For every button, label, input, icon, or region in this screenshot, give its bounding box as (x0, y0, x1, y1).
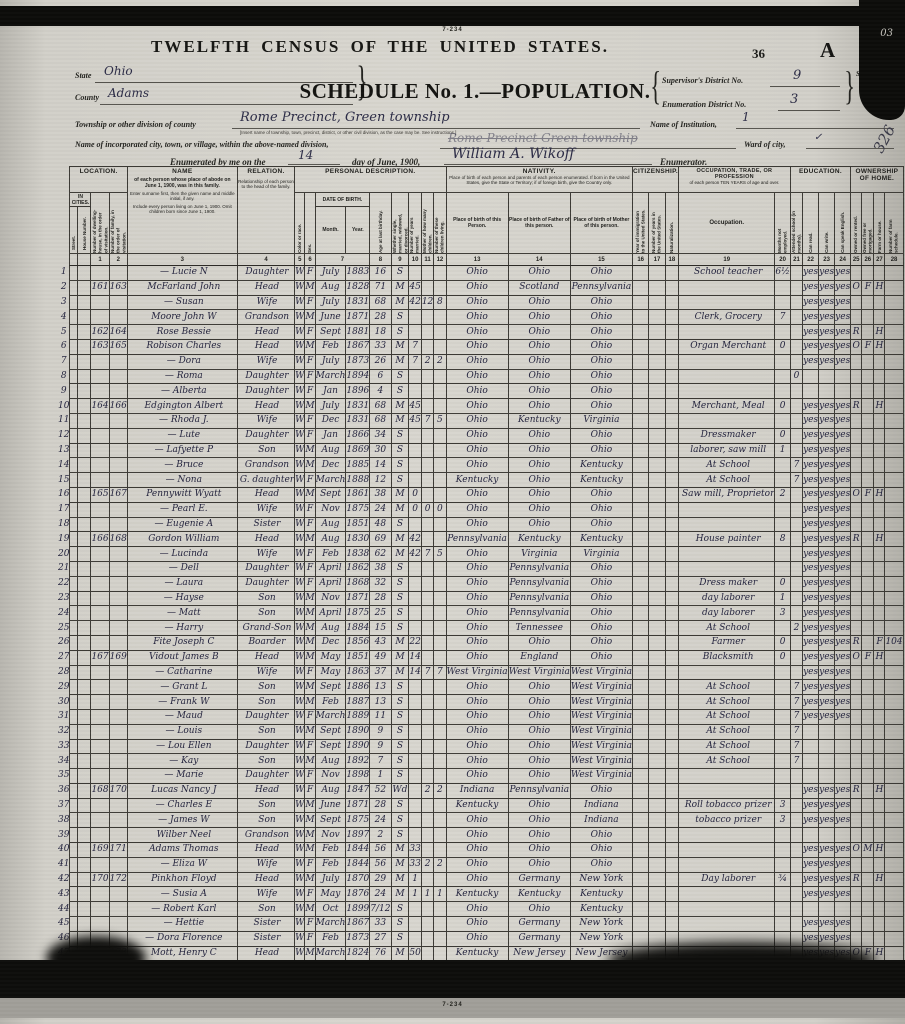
cell-fm (862, 783, 874, 798)
cell-fm (862, 502, 874, 517)
cell-mo (421, 280, 433, 295)
cell-wr (819, 369, 835, 384)
cell-rd (803, 828, 819, 843)
cell-occ (679, 902, 775, 917)
cell-fh: H (874, 532, 885, 547)
cell-fa (109, 695, 127, 710)
cell-sch (790, 399, 802, 414)
cell-rd (803, 902, 819, 917)
cell-name: — Hayse (127, 591, 237, 606)
row-number-column-header (58, 167, 70, 266)
table-row: 22— LauraDaughterWFApril186832SOhioPenns… (58, 576, 903, 591)
cell-rd: yes (803, 502, 819, 517)
cell-en: yes (835, 532, 851, 547)
cell-age: 43 (370, 635, 391, 650)
cell-yi (633, 665, 649, 680)
cell-nat (665, 384, 678, 399)
table-row: 7— DoraWifeWFJuly187326M722OhioOhioOhioy… (58, 354, 903, 369)
cell-en: yes (835, 487, 851, 502)
cell-ym (409, 591, 421, 606)
cell-fs (885, 310, 903, 325)
cell-cl (434, 769, 446, 784)
cell-pob: Ohio (446, 724, 508, 739)
cell-wr: yes (819, 606, 835, 621)
cell-age: 30 (370, 443, 391, 458)
cell-en: yes (835, 458, 851, 473)
cell-pf: Pennsylvania (508, 591, 570, 606)
column-number: 27 (874, 254, 885, 266)
cell-wr: yes (819, 857, 835, 872)
cell-name: — Harry (127, 621, 237, 636)
cell-mne (775, 709, 790, 724)
cell-occ: At School (679, 695, 775, 710)
cell-wr: yes (819, 487, 835, 502)
attended-school-label: Attended school (in months). (791, 209, 802, 253)
cell-bm: Nov (315, 591, 346, 606)
county-label: County (75, 93, 99, 102)
cell-n: 13 (58, 443, 70, 458)
cell-name: — Lucie N (127, 266, 237, 281)
cell-st (70, 295, 78, 310)
cell-fh (874, 695, 885, 710)
cell-bm: Aug (315, 280, 346, 295)
column-number: 14 (508, 254, 570, 266)
cell-st (70, 561, 78, 576)
group-relation: RELATION. Relationship of each person to… (237, 167, 294, 254)
cell-rd: yes (803, 399, 819, 414)
cell-age: 28 (370, 591, 391, 606)
cell-pob: Ohio (446, 310, 508, 325)
cell-rd: yes (803, 473, 819, 488)
cell-mar: M (391, 354, 409, 369)
cell-fm (862, 310, 874, 325)
cell-rd (803, 369, 819, 384)
cell-en (835, 739, 851, 754)
cell-wr: yes (819, 887, 835, 902)
table-row: 12— LuteDaughterWFJan186634SOhioOhioOhio… (58, 428, 903, 443)
cell-st (70, 266, 78, 281)
cell-col: W (295, 399, 305, 414)
cell-occ (679, 413, 775, 428)
cell-mo: 2 (421, 783, 433, 798)
cell-rel: Daughter (237, 739, 294, 754)
cell-mo (421, 606, 433, 621)
cell-en: yes (835, 443, 851, 458)
cell-ym (409, 428, 421, 443)
cell-fs (885, 813, 903, 828)
cell-by: 1889 (346, 709, 370, 724)
cell-ym (409, 917, 421, 932)
cell-fm (862, 813, 874, 828)
cell-rel: Son (237, 902, 294, 917)
cell-occ (679, 917, 775, 932)
cell-fh (874, 473, 885, 488)
enumeration-district-label: Enumeration District No. (662, 100, 746, 109)
cell-occ (679, 857, 775, 872)
cell-col: W (295, 517, 305, 532)
cell-bm: Aug (315, 621, 346, 636)
cell-pf: Tennessee (508, 621, 570, 636)
cell-ym (409, 458, 421, 473)
cell-cl (434, 384, 446, 399)
cell-fs (885, 857, 903, 872)
cell-nat (665, 621, 678, 636)
cell-nat (665, 739, 678, 754)
cell-age: 24 (370, 502, 391, 517)
cell-ym (409, 310, 421, 325)
cell-mne (775, 828, 790, 843)
cell-pob: Ohio (446, 354, 508, 369)
cell-wr: yes (819, 798, 835, 813)
cell-col: W (295, 310, 305, 325)
cell-mne: 8 (775, 532, 790, 547)
cell-age: 6 (370, 369, 391, 384)
cell-fs (885, 843, 903, 858)
street-header: Street. (70, 207, 78, 254)
cell-hn (78, 443, 91, 458)
cell-pob: Ohio (446, 280, 508, 295)
cell-by: 1899 (346, 902, 370, 917)
cell-fa (109, 724, 127, 739)
cell-fm (862, 399, 874, 414)
cell-name: — Laura (127, 576, 237, 591)
cell-fm (862, 443, 874, 458)
cell-st (70, 769, 78, 784)
table-row: 17— Pearl E.WifeWFNov187524M000OhioOhioO… (58, 502, 903, 517)
cell-mar: M (391, 399, 409, 414)
cell-en: yes (835, 339, 851, 354)
cell-fh: F (874, 635, 885, 650)
cell-en: yes (835, 473, 851, 488)
cell-fs (885, 680, 903, 695)
state-value: Ohio (104, 64, 133, 78)
cell-n: 14 (58, 458, 70, 473)
cell-pm: Ohio (570, 266, 632, 281)
cell-pf: Germany (508, 931, 570, 946)
cell-yu (649, 591, 665, 606)
cell-by: 1871 (346, 310, 370, 325)
cell-fh (874, 680, 885, 695)
column-number: 9 (391, 254, 409, 266)
cell-hn (78, 783, 91, 798)
cell-st (70, 354, 78, 369)
cell-own (851, 902, 862, 917)
cell-fm (862, 709, 874, 724)
cell-pm: New York (570, 917, 632, 932)
cell-fh (874, 931, 885, 946)
cell-yu (649, 783, 665, 798)
cell-nat (665, 754, 678, 769)
cell-fm (862, 902, 874, 917)
cell-sch: 0 (790, 369, 802, 384)
cell-yu (649, 295, 665, 310)
cell-pm: Ohio (570, 621, 632, 636)
table-row: 2161163McFarland JohnHeadWMAug182871M45O… (58, 280, 903, 295)
cell-fm (862, 739, 874, 754)
cell-hn (78, 339, 91, 354)
cell-wr (819, 769, 835, 784)
cell-mar: S (391, 310, 409, 325)
cell-wr: yes (819, 295, 835, 310)
cell-dw (91, 665, 109, 680)
cell-hn (78, 295, 91, 310)
table-row: 1— Lucie NDaughterWFJuly188316SOhioOhioO… (58, 266, 903, 281)
cell-fm (862, 887, 874, 902)
cell-sex: F (305, 561, 315, 576)
scan-black-bar-top (0, 6, 905, 26)
cell-fs (885, 339, 903, 354)
cell-st (70, 902, 78, 917)
cell-yi (633, 295, 649, 310)
cell-sex: F (305, 369, 315, 384)
cell-fm (862, 532, 874, 547)
cell-by: 1892 (346, 754, 370, 769)
cell-bm: Feb (315, 931, 346, 946)
cell-mne (775, 502, 790, 517)
cell-pf: Ohio (508, 502, 570, 517)
cell-st (70, 487, 78, 502)
cell-mo (421, 621, 433, 636)
cell-en: yes (835, 428, 851, 443)
township-value: Rome Precinct, Green township (240, 110, 450, 125)
cell-mne: 0 (775, 576, 790, 591)
cell-sch (790, 280, 802, 295)
cell-nat (665, 798, 678, 813)
table-row: 20— LucindaWifeWFFeb183862M4275OhioVirgi… (58, 547, 903, 562)
cell-name: McFarland John (127, 280, 237, 295)
column-number: 3 (127, 254, 237, 266)
cell-st (70, 724, 78, 739)
table-row: 21— DellDaughterWFApril186238SOhioPennsy… (58, 561, 903, 576)
table-row: 37— Charles ESonWMJune187128SKentuckyOhi… (58, 798, 903, 813)
naturalization-header: Naturalization. (665, 193, 678, 254)
column-number: 20 (775, 254, 790, 266)
table-row: 29— Grant LSonWMSept188613SOhioOhioWest … (58, 680, 903, 695)
cell-yu (649, 828, 665, 843)
cell-occ: Farmer (679, 635, 775, 650)
cell-pm: Ohio (570, 650, 632, 665)
cell-sch (790, 887, 802, 902)
cell-rd: yes (803, 887, 819, 902)
cell-bm: Feb (315, 857, 346, 872)
cell-n: 33 (58, 739, 70, 754)
immigration-year-header: Year of immigration to the United States… (633, 193, 649, 254)
table-row: 31— MaudDaughterWFMarch188911SOhioOhioWe… (58, 709, 903, 724)
cell-mar: S (391, 621, 409, 636)
can-speak-english-label: Can speak English. (840, 209, 846, 253)
table-row: 36168170Lucas Nancy JHeadWFAug184752Wd22… (58, 783, 903, 798)
cell-sex: F (305, 739, 315, 754)
cell-mar: M (391, 650, 409, 665)
cell-n: 36 (58, 783, 70, 798)
cell-nat (665, 413, 678, 428)
cell-fm: M (862, 843, 874, 858)
cell-wr: yes (819, 532, 835, 547)
underline (288, 164, 340, 165)
cell-fm (862, 606, 874, 621)
cell-mne (775, 621, 790, 636)
cell-yu (649, 739, 665, 754)
cell-yi (633, 443, 649, 458)
cell-hn (78, 680, 91, 695)
cell-hn (78, 843, 91, 858)
cell-yi (633, 266, 649, 281)
cell-nat (665, 843, 678, 858)
cell-occ: At School (679, 754, 775, 769)
cell-wr (819, 828, 835, 843)
cell-bm: July (315, 399, 346, 414)
cell-rd: yes (803, 487, 819, 502)
cell-hn (78, 369, 91, 384)
cell-mo (421, 487, 433, 502)
cell-fm (862, 931, 874, 946)
cell-cl (434, 325, 446, 340)
cell-age: 62 (370, 547, 391, 562)
cell-sex: F (305, 857, 315, 872)
children-living-header: Number of these children living. (434, 193, 446, 254)
cell-mne (775, 843, 790, 858)
cell-yu (649, 354, 665, 369)
cell-wr: yes (819, 591, 835, 606)
cell-age: 11 (370, 709, 391, 724)
cell-sex: F (305, 473, 315, 488)
cell-age: 37 (370, 665, 391, 680)
cell-st (70, 917, 78, 932)
cell-sex: M (305, 695, 315, 710)
enumeration-district-value: 3 (790, 92, 798, 107)
cell-n: 26 (58, 635, 70, 650)
cell-sch (790, 266, 802, 281)
cell-st (70, 547, 78, 562)
cell-wr: yes (819, 680, 835, 695)
cell-mne (775, 547, 790, 562)
cell-mne (775, 384, 790, 399)
cell-sch (790, 576, 802, 591)
cell-fh (874, 917, 885, 932)
cell-own (851, 798, 862, 813)
cell-yi (633, 517, 649, 532)
cell-own: R (851, 783, 862, 798)
cell-own: O (851, 487, 862, 502)
cell-yu (649, 458, 665, 473)
cell-name: Lucas Nancy J (127, 783, 237, 798)
cell-rel: Daughter (237, 576, 294, 591)
cell-fa (109, 369, 127, 384)
cell-hn (78, 887, 91, 902)
cell-sch: 7 (790, 724, 802, 739)
cell-fs (885, 280, 903, 295)
cell-pob: Ohio (446, 295, 508, 310)
cell-st (70, 606, 78, 621)
cell-wr (819, 384, 835, 399)
cell-pm: Virginia (570, 413, 632, 428)
cell-pm: Ohio (570, 517, 632, 532)
years-married-label: Number of years married. (409, 209, 420, 253)
cell-yi (633, 458, 649, 473)
cell-mar: M (391, 857, 409, 872)
cell-rd: yes (803, 458, 819, 473)
cell-mo (421, 310, 433, 325)
cell-st (70, 680, 78, 695)
cell-pob: Ohio (446, 561, 508, 576)
table-row: 4Moore John WGrandsonWMJune187128SOhioOh… (58, 310, 903, 325)
cell-mar: S (391, 695, 409, 710)
cell-pf: Ohio (508, 384, 570, 399)
cell-yi (633, 428, 649, 443)
street-label: Street. (71, 210, 77, 250)
cell-by: 1868 (346, 576, 370, 591)
table-row: 16165167Pennywitt WyattHeadWMSept186138M… (58, 487, 903, 502)
cell-wr: yes (819, 354, 835, 369)
cell-age: 12 (370, 473, 391, 488)
cell-n: 22 (58, 576, 70, 591)
cell-fh: H (874, 650, 885, 665)
cell-by: 1856 (346, 635, 370, 650)
cell-occ: School teacher (679, 266, 775, 281)
cell-own (851, 547, 862, 562)
cell-mar: S (391, 473, 409, 488)
cell-pm: Ohio (570, 428, 632, 443)
cell-hn (78, 458, 91, 473)
cell-hn (78, 739, 91, 754)
cell-col: W (295, 384, 305, 399)
cell-fm (862, 680, 874, 695)
cell-fm: F (862, 339, 874, 354)
table-row: 33— Lou EllenDaughterWFSept18909SOhioOhi… (58, 739, 903, 754)
cell-hn (78, 325, 91, 340)
cell-sex: M (305, 635, 315, 650)
cell-col: W (295, 709, 305, 724)
cell-pob: Ohio (446, 769, 508, 784)
cell-bm: June (315, 310, 346, 325)
cell-pf: Ohio (508, 458, 570, 473)
cell-fh: H (874, 399, 885, 414)
cell-hn (78, 266, 91, 281)
cell-rd: yes (803, 517, 819, 532)
cell-sch (790, 487, 802, 502)
cell-n: 15 (58, 473, 70, 488)
cell-mar: S (391, 902, 409, 917)
can-speak-english-header: Can speak English. (835, 193, 851, 254)
cell-en: yes (835, 280, 851, 295)
cell-by: 1886 (346, 680, 370, 695)
underline (778, 110, 840, 111)
schedule-title: SCHEDULE No. 1.—POPULATION. (290, 79, 660, 104)
cell-mar: S (391, 754, 409, 769)
cell-dw: 167 (91, 650, 109, 665)
cell-pm: West Virginia (570, 769, 632, 784)
cell-rd: yes (803, 532, 819, 547)
cell-hn (78, 621, 91, 636)
cell-fa (109, 769, 127, 784)
table-row: 15— NonaG. daughterWFMarch188812SKentuck… (58, 473, 903, 488)
cell-fa: 168 (109, 532, 127, 547)
cell-pob: Ohio (446, 517, 508, 532)
enumerated-day: 14 (298, 148, 313, 162)
cell-n: 30 (58, 695, 70, 710)
cell-fa (109, 428, 127, 443)
cell-sch (790, 295, 802, 310)
cell-col: W (295, 606, 305, 621)
cell-pm: Kentucky (570, 532, 632, 547)
cell-en: yes (835, 399, 851, 414)
cell-pm: Virginia (570, 547, 632, 562)
cell-cl: 8 (434, 295, 446, 310)
cell-own (851, 591, 862, 606)
cell-bm: Feb (315, 547, 346, 562)
cell-n: 24 (58, 606, 70, 621)
cell-dw (91, 295, 109, 310)
